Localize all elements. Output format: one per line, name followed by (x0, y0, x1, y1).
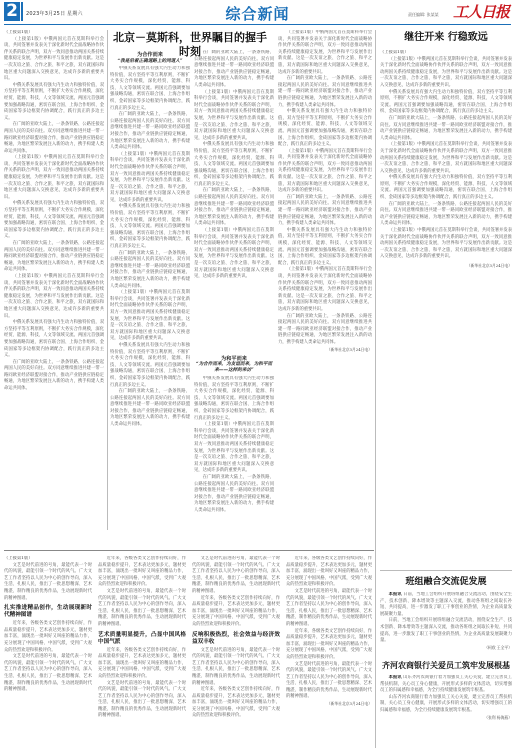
body-paragraph: 山东齐河农商银行着力加强员工关心关爱，建立完善员工帮扶机制，关心员工身心健康，开… (380, 695, 512, 715)
body-paragraph: （上接第1版）中俄两国元首在莫斯科举行会谈，共同签署并发表关于深化新时代全面战略… (110, 152, 190, 205)
body-paragraph: 在广阔的亚欧大陆上，一条条铁路、公路连接起两国人民的美好向往。双方同意继续推进共… (380, 202, 512, 228)
body-paragraph: （上接第1版）中俄两国元首在莫斯科举行会谈，共同签署并发表关于深化新时代全面战略… (194, 90, 274, 143)
body-paragraph: （上接第1版）中俄两国元首在莫斯科举行会谈，共同签署并发表关于深化新时代全面战略… (278, 30, 372, 76)
lead-article-column-3-lower: 中俄关系发展具有强大内生动力和独特价值，双方坚持平等互利原则，不断扩大务实合作规… (194, 376, 274, 530)
brief-1-body: 本报讯 日前，当地工会组织开展班组融合交流活动，围绕安全生产、技术创新、降本增效… (380, 592, 512, 656)
section-divider (4, 550, 374, 551)
body-paragraph: 中俄关系发展具有强大内生动力和独特价值，双方坚持平等互利原则，不断扩大务实合作规… (278, 109, 372, 149)
body-paragraph: 日前，当地工会组织开展班组融合交流活动，围绕安全生产、技术创新、降本增效等主题深… (380, 618, 512, 644)
body-paragraph: （上接第1版）中俄两国元首在莫斯科举行会谈，共同签署并发表关于深化新时代全面战略… (194, 422, 274, 475)
body-paragraph: 文艺是时代前进的号角，最能代表一个时代的风貌，最能引领一个时代的风气。广大文艺工… (192, 556, 280, 596)
body-paragraph: 在广阔的亚欧大陆上，一条条铁路、公路连接起两国人民的美好向往。双方同意继续推进共… (110, 251, 190, 291)
culture-article-column-1: （上接第1版） 文艺是时代前进的号角，最能代表一个时代的风貌，最能引领一个时代的… (4, 556, 92, 748)
body-paragraph: 文艺是时代前进的号角，最能代表一个时代的风貌，最能引领一个时代的风气。广大文艺工… (4, 654, 92, 694)
body-paragraph: 在广阔的亚欧大陆上，一条条铁路、公路连接起两国人民的美好向往。双方同意继续推进共… (278, 76, 372, 109)
right-article-body: （上接第1版） （上接第1版）中俄两国元首在莫斯科举行会谈，共同签署并发表关于深… (380, 50, 512, 560)
body-paragraph: （上接第1版）中俄两国元首在莫斯科举行会谈，共同签署并发表关于深化新时代全面战略… (110, 290, 190, 343)
lead-article-column-2: 中俄关系发展具有强大内生动力和独特价值，双方坚持平等互利原则，不断扩大务实合作规… (110, 66, 190, 530)
body-paragraph: （上接第1版）中俄两国元首在莫斯科举行会谈，共同签署并发表关于深化新时代全面战略… (4, 155, 104, 201)
brief-2-headline: 齐河农商银行关爱员工筑牢发展根基 (380, 660, 512, 671)
page-masthead: 2 2023年3月25日 星期六 综合新闻 责任编辑: 张某某 工人日报 (0, 0, 515, 24)
lead-subhead-1: 为合作而来 (110, 51, 190, 58)
body-paragraph: 近年来，各级各类文艺创作持续向好，作品质量稳步提升，艺术表达更加多元，题材更加丰… (286, 556, 372, 589)
body-paragraph: 近年来，各级各类文艺创作持续向好，作品质量稳步提升，艺术表达更加多元，题材更加丰… (192, 596, 280, 629)
body-paragraph: （上接第1版）中俄两国元首在莫斯科举行会谈，共同签署并发表关于深化新时代全面战略… (278, 149, 372, 195)
body-paragraph: 中俄关系发展具有强大内生动力和独特价值，双方坚持平等互利原则，不断扩大务实合作规… (194, 142, 274, 188)
body-paragraph: （上接第1版）中俄两国元首在莫斯科举行会谈，共同签署并发表关于深化新时代全面战略… (380, 228, 512, 261)
lead-subhead-2-quote: “为合作而来，为友谊而来，为和平而来——这样的来访” (194, 362, 274, 374)
body-paragraph: 中俄关系发展具有强大内生动力和独特价值，双方坚持平等互利原则，不断扩大务实合作规… (110, 204, 190, 250)
body-paragraph: 近年来，各级各类文艺创作持续向好，作品质量稳步提升，艺术表达更加多元，题材更加丰… (286, 629, 372, 662)
continued-marker: （上接第1版） (4, 30, 104, 37)
culture-subhead-1: 扎实推进精品创作，生动展现新时代精神图谱 (4, 605, 92, 619)
column-divider (107, 30, 108, 530)
body-paragraph: 在广阔的亚欧大陆上，一条条铁路、公路连接起两国人民的美好向往。双方同意继续推进共… (110, 389, 190, 429)
brief-2-byline: （张利 杨海燕） (380, 715, 512, 722)
body-paragraph: 文艺是时代前进的号角，最能代表一个时代的风貌，最能引领一个时代的风气。广大文艺工… (4, 563, 92, 603)
column-divider (375, 30, 376, 748)
body-paragraph: 中俄关系发展具有强大内生动力和独特价值，双方坚持平等互利原则，不断扩大务实合作规… (194, 376, 274, 422)
body-paragraph: 近年来，各级各类文艺创作持续向好，作品质量稳步提升，艺术表达更加多元，题材更加丰… (98, 556, 186, 589)
body-paragraph: （上接第1版）中俄两国元首在莫斯科举行会谈，共同签署并发表关于深化新时代全面战略… (278, 267, 372, 313)
body-paragraph: 在广阔的亚欧大陆上，一条条铁路、公路连接起两国人民的美好向往。双方同意继续推进共… (4, 241, 104, 274)
body-paragraph: 在广阔的亚欧大陆上，一条条铁路、公路连接起两国人民的美好向往。双方同意继续推进共… (194, 50, 274, 90)
article-source: （新华社北京3月24日电） (380, 263, 512, 270)
body-paragraph: （上接第1版）中俄两国元首在莫斯科举行会谈，共同签署并发表关于深化新时代全面战略… (4, 37, 104, 83)
brief-1-byline: （柯欣 王全平） (380, 645, 512, 652)
brief-divider (380, 570, 512, 571)
body-paragraph: 近年来，各级各类文艺创作持续向好，作品质量稳步提升，艺术表达更加多元，题材更加丰… (98, 648, 186, 681)
culture-subhead-2: 艺术质量明显提升，凸显中国风格中国气派 (98, 632, 186, 646)
lead-subhead-2: 为和平而来 (194, 355, 274, 362)
body-paragraph: 文艺是时代前进的号角，最能代表一个时代的风貌，最能引领一个时代的风气。广大文艺工… (286, 662, 372, 702)
editor-credit: 责任编辑: 张某某 (408, 12, 439, 18)
newspaper-logo: 工人日报 (453, 1, 509, 22)
right-article-headline: 继往开来 行稳致远 (380, 31, 512, 45)
body-paragraph: 中俄关系发展具有强大内生动力和独特价值，双方坚持平等互利原则，不断扩大务实合作规… (278, 228, 372, 268)
body-paragraph: 在广阔的亚欧大陆上，一条条铁路、公路连接起两国人民的美好向往。双方同意继续推进共… (110, 112, 190, 152)
body-paragraph: 中俄关系发展具有强大内生动力和独特价值，双方坚持平等互利原则，不断扩大务实合作规… (4, 201, 104, 241)
body-paragraph: 在广阔的亚欧大陆上，一条条铁路、公路连接起两国人民的美好向往。双方同意继续推进共… (194, 475, 274, 515)
brief-2-tag: 本报讯 (389, 675, 402, 680)
lead-subhead-1-quote: “我是沿着正确道路上的同道人” (110, 58, 190, 64)
body-paragraph: 中俄关系发展具有强大内生动力和独特价值，双方坚持平等互利原则，不断扩大务实合作规… (110, 66, 190, 112)
article-source: （新华社北京3月24日电） (286, 701, 372, 708)
body-paragraph: 在广阔的亚欧大陆上，一条条铁路、公路连接起两国人民的美好向往。双方同意继续推进共… (194, 188, 274, 228)
brief-1-headline: 班组融合交流促发展 (380, 576, 512, 588)
body-paragraph: 近年来，各级各类文艺创作持续向好，作品质量稳步提升，艺术表达更加多元，题材更加丰… (192, 687, 280, 720)
body-paragraph: 在广阔的亚欧大陆上，一条条铁路、公路连接起两国人民的美好向往。双方同意继续推进共… (278, 195, 372, 228)
brief-2-body: 本报讯 山东齐河农商银行着力加强员工关心关爱，建立完善员工帮扶机制，关心员工身心… (380, 675, 512, 748)
body-paragraph: （上接第1版）中俄两国元首在莫斯科举行会谈，共同签署并发表关于深化新时代全面战略… (380, 142, 512, 175)
body-paragraph: 在广阔的亚欧大陆上，一条条铁路、公路连接起两国人民的美好向往。双方同意继续推进共… (278, 314, 372, 347)
body-paragraph: 在广阔的亚欧大陆上，一条条铁路、公路连接起两国人民的美好向往。双方同意继续推进共… (4, 122, 104, 155)
lead-article-column-3-upper: 在广阔的亚欧大陆上，一条条铁路、公路连接起两国人民的美好向往。双方同意继续推进共… (194, 50, 274, 350)
brief-1-tag: 本报讯 (389, 592, 402, 597)
body-paragraph: 文艺是时代前进的号角，最能代表一个时代的风貌，最能引领一个时代的风气。广大文艺工… (192, 648, 280, 688)
body-paragraph: 中俄关系发展具有强大内生动力和独特价值，双方坚持平等互利原则，不断扩大务实合作规… (4, 83, 104, 123)
body-paragraph: 文艺是时代前进的号角，最能代表一个时代的风貌，最能引领一个时代的风气。广大文艺工… (98, 589, 186, 629)
continued-marker: （上接第1版） (4, 556, 92, 563)
body-paragraph: （上接第1版）中俄两国元首在莫斯科举行会谈，共同签署并发表关于深化新时代全面战略… (194, 228, 274, 281)
body-paragraph: 中俄关系发展具有强大内生动力和独特价值，双方坚持平等互利原则，不断扩大务实合作规… (110, 343, 190, 389)
body-paragraph: （上接第1版）中俄两国元首在莫斯科举行会谈，共同签署并发表关于深化新时代全面战略… (4, 274, 104, 320)
lead-article-column-4: （上接第1版）中俄两国元首在莫斯科举行会谈，共同签署并发表关于深化新时代全面战略… (278, 30, 372, 530)
article-source: （新华社北京3月24日电） (278, 347, 372, 354)
continued-marker: （上接第1版） (380, 50, 512, 57)
culture-article-column-4: 近年来，各级各类文艺创作持续向好，作品质量稳步提升，艺术表达更加多元，题材更加丰… (286, 556, 372, 748)
body-paragraph: （上接第1版）中俄两国元首在莫斯科举行会谈，共同签署并发表关于深化新时代全面战略… (380, 57, 512, 90)
body-paragraph: 在广阔的亚欧大陆上，一条条铁路、公路连接起两国人民的美好向往。双方同意继续推进共… (380, 116, 512, 142)
culture-article-column-3: 文艺是时代前进的号角，最能代表一个时代的风貌，最能引领一个时代的风气。广大文艺工… (192, 556, 280, 748)
body-paragraph: 文艺是时代前进的号角，最能代表一个时代的风貌，最能引领一个时代的风气。广大文艺工… (286, 589, 372, 629)
body-paragraph: 中俄关系发展具有强大内生动力和独特价值，双方坚持平等互利原则，不断扩大务实合作规… (380, 90, 512, 116)
masthead-divider (4, 24, 511, 25)
body-paragraph: 中俄关系发展具有强大内生动力和独特价值，双方坚持平等互利原则，不断扩大务实合作规… (380, 175, 512, 201)
culture-article-column-2: 近年来，各级各类文艺创作持续向好，作品质量稳步提升，艺术表达更加多元，题材更加丰… (98, 556, 186, 748)
culture-subhead-3: 反响积极热烈，社会效益与经济效益双丰收 (192, 632, 280, 646)
body-paragraph: 近年来，各级各类文艺创作持续向好，作品质量稳步提升，艺术表达更加多元，题材更加丰… (4, 621, 92, 654)
body-paragraph: 在广阔的亚欧大陆上，一条条铁路、公路连接起两国人民的美好向往。双方同意继续推进共… (4, 360, 104, 393)
lead-article-column-1: （上接第1版） （上接第1版）中俄两国元首在莫斯科举行会谈，共同签署并发表关于深… (4, 30, 104, 530)
body-paragraph: 文艺是时代前进的号角，最能代表一个时代的风貌，最能引领一个时代的风气。广大文艺工… (98, 681, 186, 721)
body-paragraph: 中俄关系发展具有强大内生动力和独特价值，双方坚持平等互利原则，不断扩大务实合作规… (4, 320, 104, 360)
